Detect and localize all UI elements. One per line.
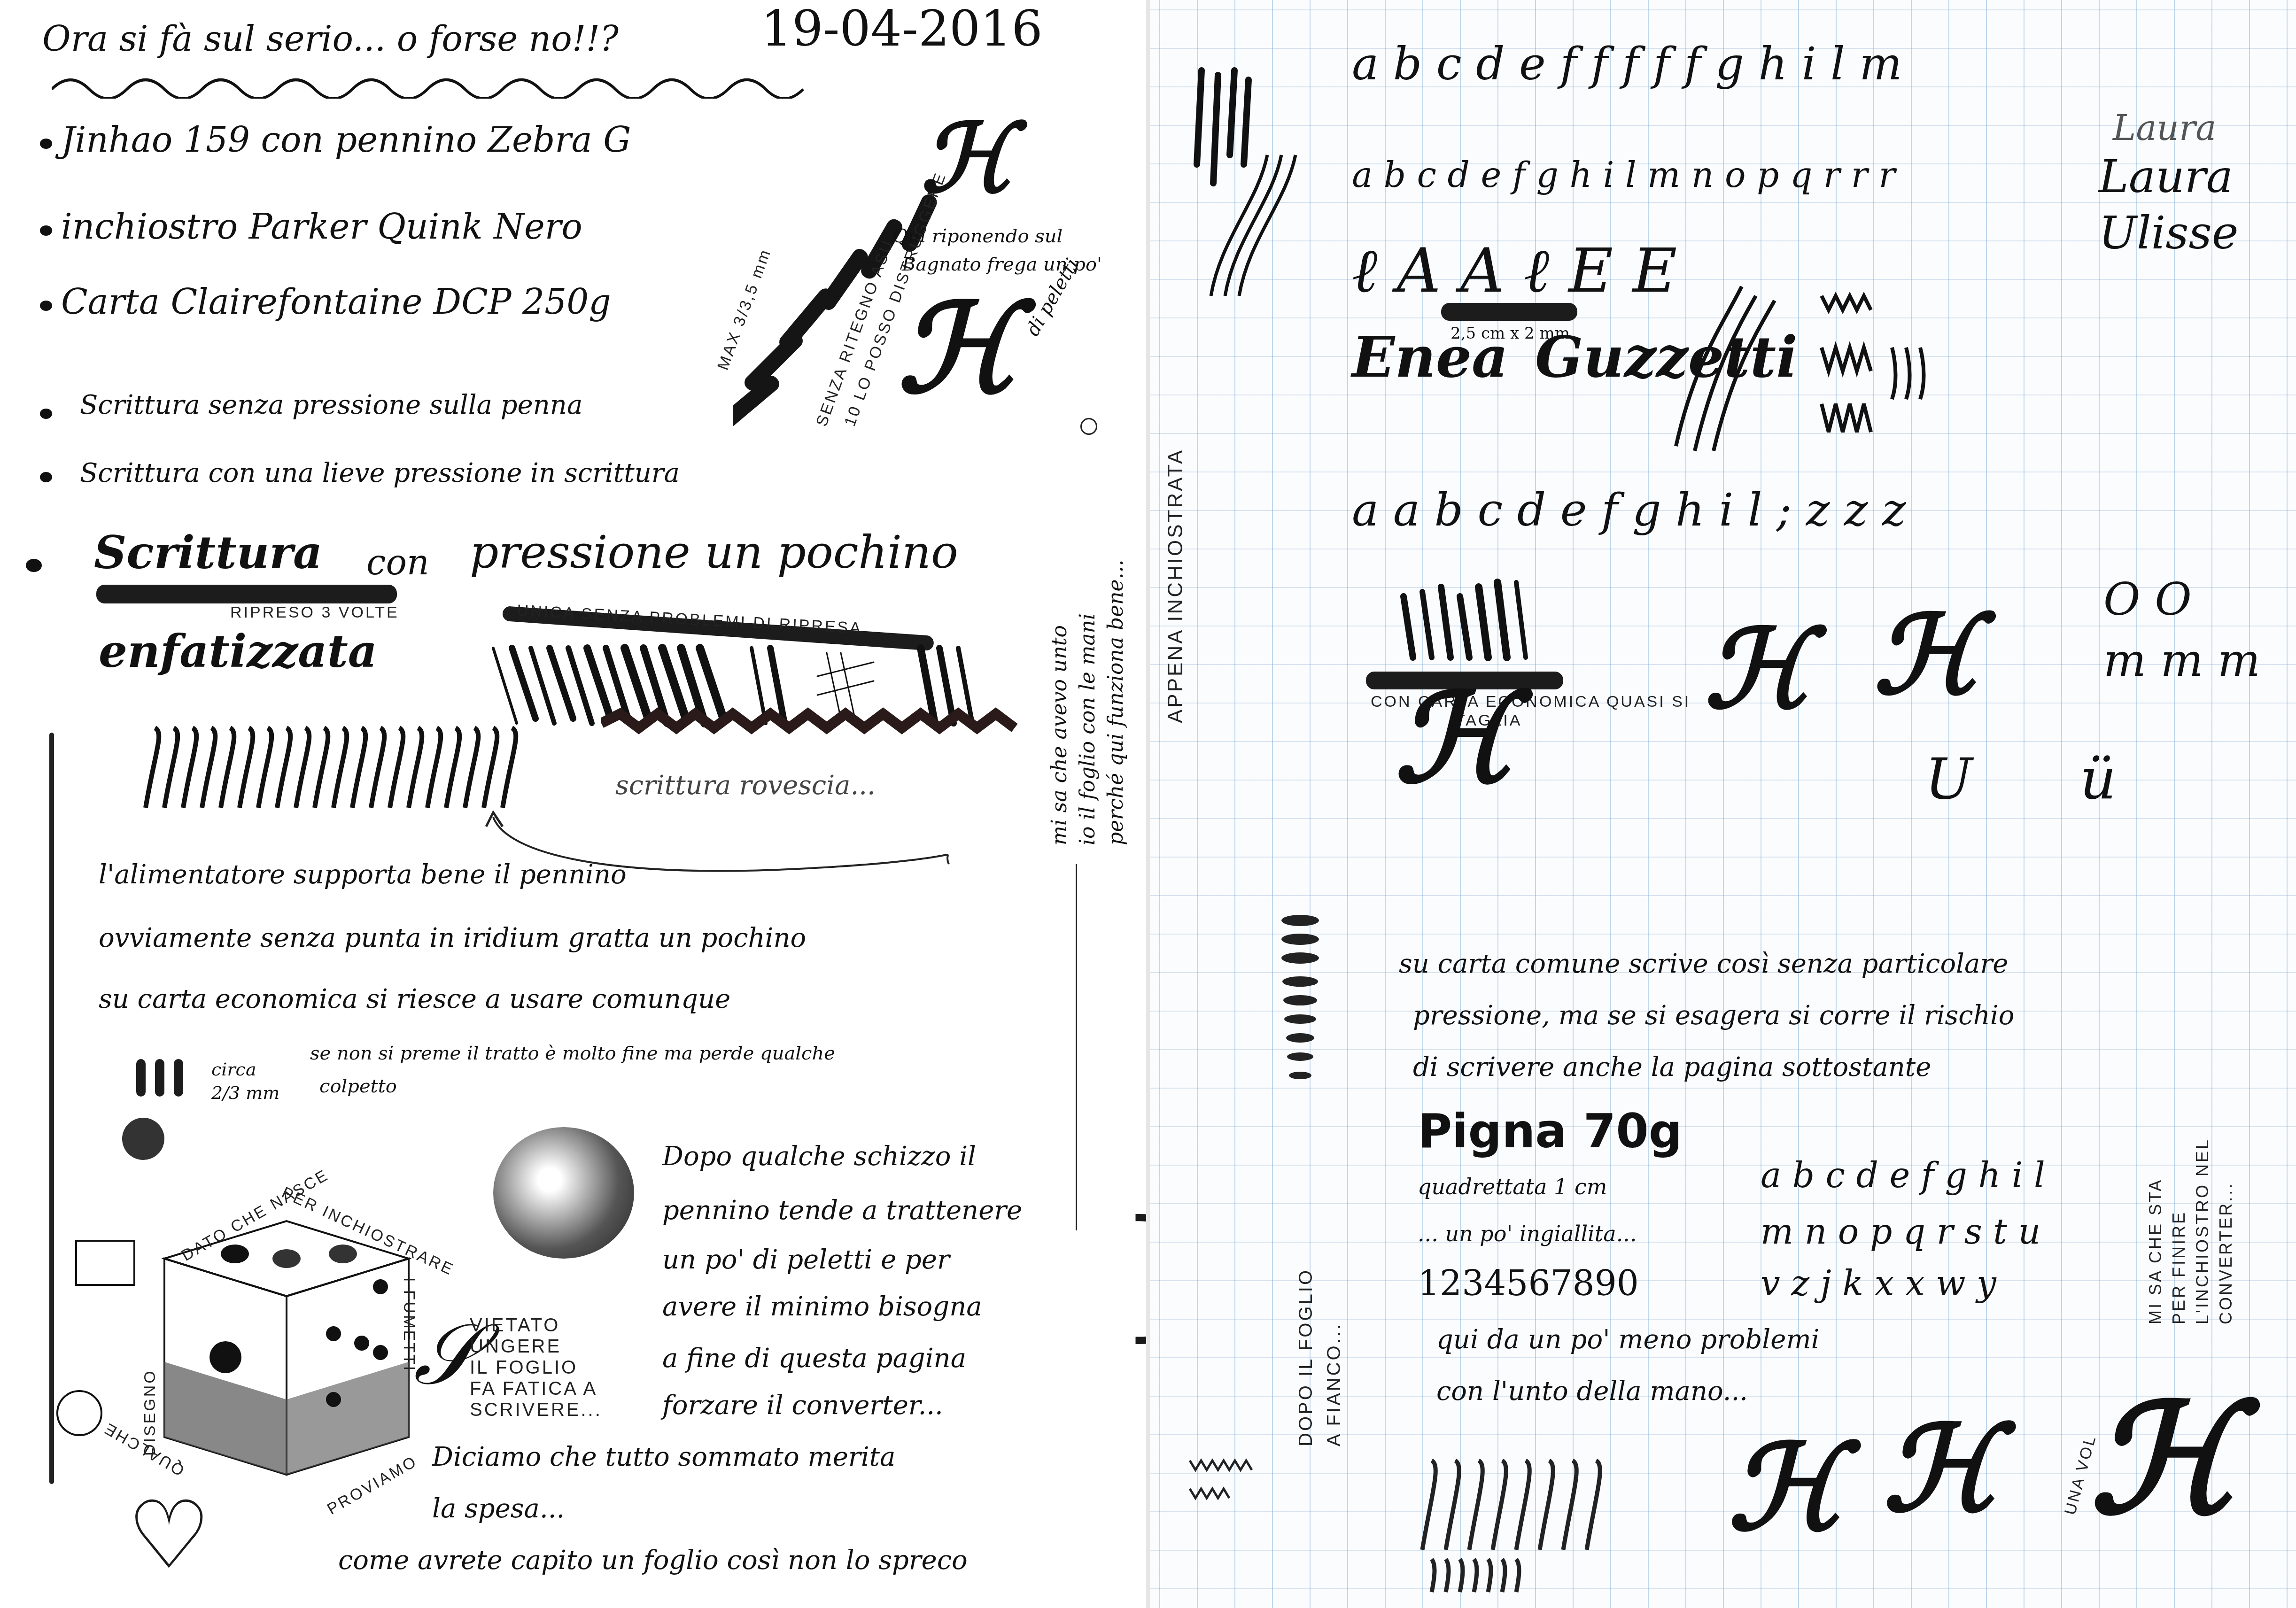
fine-line-note: colpetto (319, 1075, 397, 1097)
hatch-strokes-sample (1394, 578, 1544, 662)
reverse-writing-label: scrittura rovescia... (615, 770, 876, 801)
digits-sample: 1234567890 (1418, 1263, 1639, 1304)
emphasis-word-scrittura: Scrittura (94, 526, 322, 579)
alphabet-row: a a b c d e f g h i l ; z z z (1352, 484, 1906, 536)
loop-strokes-sample (1413, 1456, 1742, 1597)
hatch-and-loop-strokes (1192, 61, 1314, 305)
alphabet-row: a b c d e f g h i l m n o p q r r r (1352, 155, 1895, 195)
vertical-label: APPENA INCHIOSTRATA (1164, 448, 1187, 723)
zigzag-strokes-sample (1187, 1446, 1272, 1503)
page-gutter (1146, 0, 1150, 1608)
paragraph-line: l'alimentatore supporta bene il pennino (99, 859, 627, 890)
less-problems-line: con l'unto della mano... (1436, 1376, 1748, 1407)
flourish-s-icon: 𝒮 (413, 1306, 479, 1405)
stroke-sample (155, 1059, 164, 1097)
warning-line: IL FOGLIO (470, 1357, 578, 1378)
no-pressure-line: Scrittura senza pressione sulla penna (80, 390, 582, 420)
size-note: 2/3 mm (211, 1082, 279, 1103)
vertical-note-line: mi sa che avevo unto (1047, 625, 1071, 845)
bullet-icon (40, 472, 52, 482)
alphabet-row: a b c d e f f f f f g h i l m (1352, 38, 1902, 90)
vertical-note-line: perché qui funziona bene... (1104, 559, 1128, 845)
right-vertical-note: L'INCHIOSTRO NEL (2193, 1138, 2212, 1324)
capital-sample: O O (2103, 573, 2192, 626)
warning-line: VIETATO (470, 1315, 560, 1336)
alphabet-line: v z j k x x w y (1761, 1263, 1996, 1304)
alphabet-line: a b c d e f g h i l (1761, 1155, 2045, 1196)
date: 19-04-2016 (761, 0, 1043, 57)
flourish-h-icon: ℋ (1394, 667, 1515, 810)
paper-name: Pigna 70g (1418, 1104, 1682, 1159)
size-note: circa (211, 1059, 256, 1080)
closing-line: un po' di peletti e per (662, 1245, 950, 1275)
stroke-sample (174, 1059, 183, 1097)
emphasis-enfatizzata: enfatizzata (99, 625, 377, 678)
right-vertical-note: CONVERTER... (2216, 1182, 2236, 1324)
page-title: Ora si fà sul serio... o forse no!!? (42, 19, 619, 59)
closing-line: Dopo qualche schizzo il (662, 1141, 976, 1172)
bullet-icon (40, 409, 52, 419)
flourish-h-icon: ℋ (1883, 1399, 1999, 1538)
ink-bar-swatch (96, 585, 397, 603)
repeat-note: RIPRESO 3 VOLTE (230, 603, 399, 622)
warning-line: SCRIVERE... (470, 1399, 602, 1421)
flourish-h-icon: ℋ (1728, 1418, 1844, 1556)
left-vertical-note: A FIANCO... (1324, 1322, 1345, 1446)
paragraph-line: su carta economica si riesce a usare com… (99, 984, 730, 1014)
warning-line: UNGERE (470, 1336, 561, 1357)
spec-paper: Carta Clairefontaine DCP 250g (61, 282, 611, 322)
arrow-line (1076, 864, 1077, 1230)
paragraph-line: pressione, ma se si esagera si corre il … (1413, 1000, 2014, 1031)
less-problems-line: qui da un po' meno problemi (1436, 1324, 1819, 1355)
name-sample: Laura (2113, 108, 2216, 148)
stroke-samples-grid (1667, 268, 1948, 465)
closing-line: a fine di questa pagina (662, 1343, 966, 1374)
flourish-h-icon: ℋ (1704, 606, 1811, 733)
bullet-icon (26, 559, 42, 572)
summary-line: come avrete capito un foglio così non lo… (338, 1545, 968, 1576)
emphasis-pressione: pressione un pochino (470, 526, 958, 579)
bullet-icon (40, 225, 52, 236)
spec-pen: Jinhao 159 con pennino Zebra G (61, 120, 631, 160)
stroke-sample (136, 1059, 146, 1097)
summary-line: la spesa... (432, 1493, 565, 1524)
light-pressure-line: Scrittura con una lieve pressione in scr… (80, 458, 680, 488)
flourish-h-icon: ℋ (897, 277, 1018, 420)
spec-ink: inchiostro Parker Quink Nero (61, 207, 582, 247)
zigzag-ink-swatch (601, 704, 1024, 742)
bullet-icon (40, 139, 52, 149)
ink-bar-swatch (1441, 303, 1577, 321)
paper-sub: ... un po' ingiallita... (1418, 1221, 1637, 1246)
capital-sample: ü (2080, 747, 2116, 812)
side-note-line: Qui riponendo sul (892, 225, 1063, 247)
fine-line-note: se non si preme il tratto è molto fine m… (310, 1043, 835, 1064)
flourish-h-icon: ℋ (1873, 592, 1980, 719)
flourish-h-icon: ℋ (2089, 1371, 2238, 1547)
closing-line: forzare il converter... (662, 1390, 943, 1421)
left-notebook-page: Ora si fà sul serio... o forse no!!? 19-… (0, 0, 1146, 1608)
capital-letters-row: ℓ A A ℓ E E (1352, 235, 1677, 307)
summary-line: Diciamo che tutto sommato merita (432, 1442, 895, 1472)
right-vertical-note: PER FINIRE (2169, 1211, 2189, 1324)
capital-sample: U (1925, 747, 1972, 812)
paragraph-line: di scrivere anche la pagina sottostante (1413, 1052, 1931, 1082)
closing-line: pennino tende a trattenere (662, 1195, 1022, 1226)
emphasis-word-con: con (366, 542, 429, 583)
loop-strokes-sample (136, 723, 568, 817)
name-sample: Ulisse (2099, 207, 2239, 259)
flower-sketch (56, 1390, 102, 1436)
paragraph-line: su carta comune scrive così senza partic… (1399, 949, 2008, 979)
stacked-strokes-sample (1272, 911, 1328, 1118)
paragraph-line: ovviamente senza punta in iridium gratta… (99, 923, 806, 953)
smiley-icon (1080, 418, 1097, 435)
signature-first: Enea (1352, 324, 1508, 390)
paper-sub: quadrettata 1 cm (1418, 1174, 1607, 1199)
tree-sketch (122, 1118, 164, 1160)
closing-line: avere il minimo bisogna (662, 1291, 982, 1322)
house-sketch (75, 1240, 135, 1286)
warning-line: FA FATICA A (470, 1378, 597, 1399)
capital-sample: m m m (2103, 634, 2260, 687)
decorative-beaded-line (49, 733, 54, 1484)
flourish-h-icon: ℋ (921, 103, 1014, 214)
apple-sketch (493, 1127, 634, 1259)
name-sample: Laura (2099, 150, 2233, 203)
right-vertical-note: MI SA CHE STA (2146, 1178, 2165, 1324)
bullet-icon (40, 301, 52, 311)
left-vertical-note: DOPO IL FOGLIO (1295, 1268, 1317, 1446)
alphabet-line: m n o p q r s t u (1761, 1212, 2040, 1252)
heart-icon: ♡ (127, 1489, 211, 1583)
right-notebook-page: a b c d e f f f f f g h i l m a b c d e … (1150, 0, 2296, 1608)
vertical-note-line: io il foglio con le mani (1076, 613, 1100, 845)
wavy-underline-decoration (52, 70, 813, 99)
